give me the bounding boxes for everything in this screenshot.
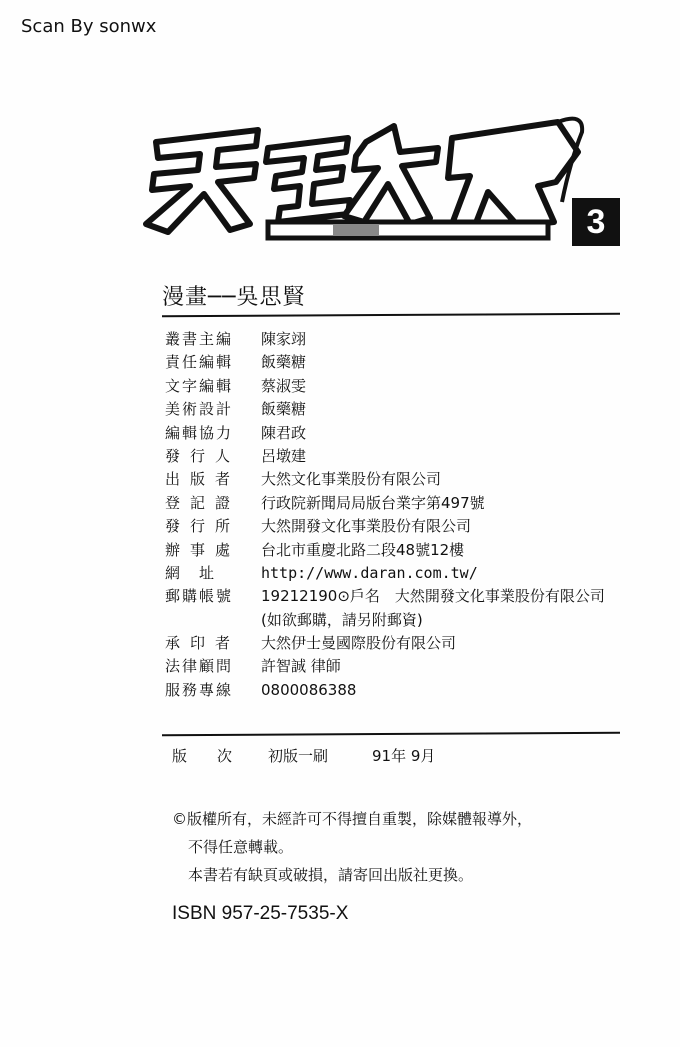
credit-value: 陳君政	[261, 422, 306, 445]
copyright-line: 本書若有缺頁或破損，請寄回出版社更換。	[172, 861, 532, 889]
title-logo	[138, 112, 588, 244]
credit-row: 承印者大然伊士曼國際股份有限公司	[165, 632, 605, 655]
credit-value: 飯藥糖	[261, 351, 306, 374]
credit-row: 出版者大然文化事業股份有限公司	[165, 468, 605, 491]
website-link[interactable]: http://www.daran.com.tw/	[261, 562, 478, 585]
credit-row: (如欲郵購，請另附郵資)	[165, 609, 605, 632]
credit-row: 郵購帳號19212190⊙戶名 大然開發文化事業股份有限公司	[165, 585, 605, 608]
credit-row: 叢書主編陳家翊	[165, 328, 605, 351]
credit-value: 飯藥糖	[261, 398, 306, 421]
edition-printing: 初版一刷	[268, 745, 372, 766]
credit-label: 文字編輯	[165, 375, 261, 398]
credit-row: 法律顧問許智誠 律師	[165, 655, 605, 678]
credit-label	[165, 609, 261, 632]
credit-value: 0800086388	[261, 679, 356, 702]
credit-label: 法律顧問	[165, 655, 261, 678]
divider-top	[162, 313, 620, 317]
edition-label: 版 次	[172, 745, 268, 766]
credit-label: 發行人	[165, 445, 261, 468]
credit-label: 叢書主編	[165, 328, 261, 351]
scan-credit: Scan By sonwx	[21, 16, 156, 37]
credit-row: 辦事處台北市重慶北路二段48號12樓	[165, 539, 605, 562]
credit-value: 大然文化事業股份有限公司	[261, 468, 441, 491]
credit-row: 文字編輯蔡淑雯	[165, 375, 605, 398]
credit-value: 台北市重慶北路二段48號12樓	[261, 539, 464, 562]
credit-value: 許智誠 律師	[261, 655, 341, 678]
credit-value: 陳家翊	[261, 328, 306, 351]
credit-value: 大然開發文化事業股份有限公司	[261, 515, 471, 538]
credit-label: 編輯協力	[165, 422, 261, 445]
copyright-line: 不得任意轉載。	[172, 833, 532, 861]
credit-label: 辦事處	[165, 539, 261, 562]
edition-date: 91年 9月	[372, 745, 435, 766]
credit-value: 大然伊士曼國際股份有限公司	[261, 632, 456, 655]
copyright-notice: ©版權所有，未經許可不得擅自重製，除媒體報導外， 不得任意轉載。 本書若有缺頁或…	[172, 805, 532, 889]
credit-row: 服務專線0800086388	[165, 679, 605, 702]
credit-row: 發行人呂墩建	[165, 445, 605, 468]
copyright-line: ©版權所有，未經許可不得擅自重製，除媒體報導外，	[172, 805, 532, 833]
credit-row: 編輯協力陳君政	[165, 422, 605, 445]
credits-list: 叢書主編陳家翊 責任編輯飯藥糖 文字編輯蔡淑雯 美術設計飯藥糖 編輯協力陳君政 …	[165, 328, 605, 702]
credit-label: 服務專線	[165, 679, 261, 702]
credit-value: 蔡淑雯	[261, 375, 306, 398]
credit-value: 19212190⊙戶名 大然開發文化事業股份有限公司	[261, 585, 605, 608]
credit-row: 發行所大然開發文化事業股份有限公司	[165, 515, 605, 538]
credit-label: 出版者	[165, 468, 261, 491]
credit-label: 承印者	[165, 632, 261, 655]
credit-row: 網 址http://www.daran.com.tw/	[165, 562, 605, 585]
manga-credit: 漫畫──吳思賢	[162, 280, 306, 311]
credit-row: 責任編輯飯藥糖	[165, 351, 605, 374]
credit-label: 發行所	[165, 515, 261, 538]
volume-badge: 3	[572, 198, 620, 246]
credit-value: (如欲郵購，請另附郵資)	[261, 609, 423, 632]
credit-label: 網 址	[165, 562, 261, 585]
credit-label: 美術設計	[165, 398, 261, 421]
credit-row: 美術設計飯藥糖	[165, 398, 605, 421]
divider-bottom	[162, 732, 620, 736]
credit-value: 呂墩建	[261, 445, 306, 468]
edition-info: 版 次 初版一刷 91年 9月	[172, 745, 435, 766]
isbn: ISBN 957-25-7535-X	[172, 903, 348, 925]
credit-value: 行政院新聞局局版台業字第497號	[261, 492, 485, 515]
credit-label: 登記證	[165, 492, 261, 515]
credit-row: 登記證行政院新聞局局版台業字第497號	[165, 492, 605, 515]
credit-label: 責任編輯	[165, 351, 261, 374]
credit-label: 郵購帳號	[165, 585, 261, 608]
